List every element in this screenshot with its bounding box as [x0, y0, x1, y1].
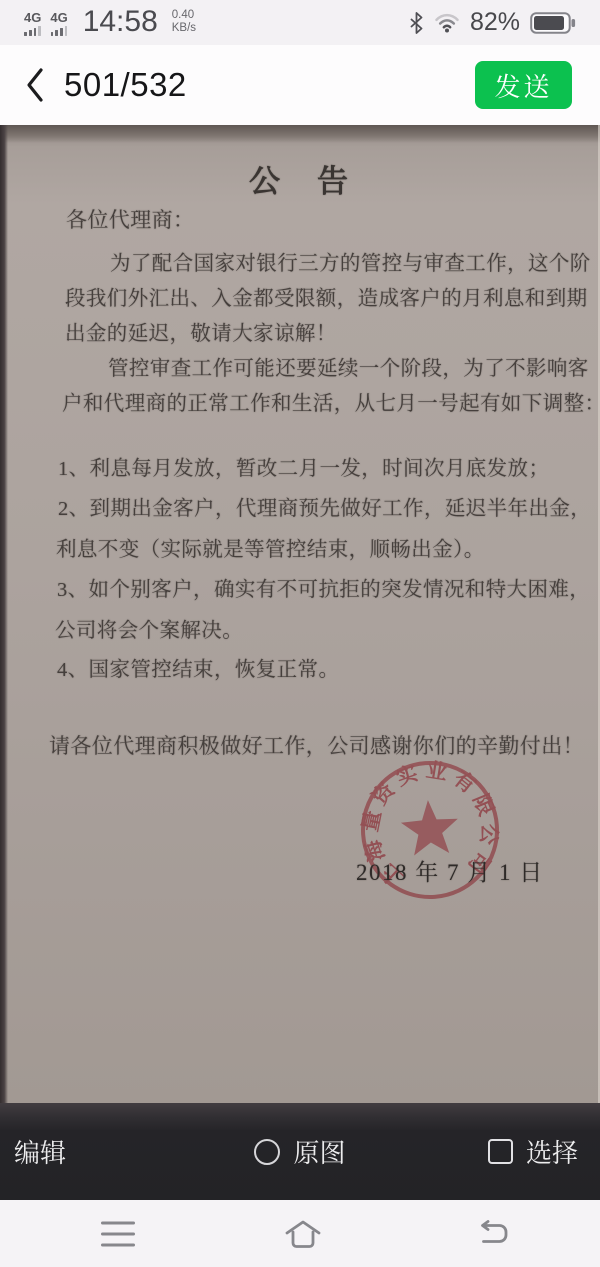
status-time: 14:58	[83, 7, 158, 38]
doc-closing: 请各位代理商积极做好工作，公司感谢你们的辛勤付出！	[49, 730, 584, 760]
back-icon[interactable]	[24, 67, 46, 103]
signal-bars-icon	[24, 26, 40, 36]
doc-item2-line1: 2、到期出金客户，代理商预先做好工作，延迟半年出金，	[58, 491, 591, 521]
doc-item1: 1、利息每月发放，暂改二月一发，时间次月底发放；	[58, 451, 549, 481]
status-right-group: 82%	[409, 10, 576, 35]
photo-left-shadow	[0, 125, 8, 1103]
speed-unit: KB/s	[172, 22, 196, 35]
doc-item2-line2: 利息不变（实际就是等管控结束，顺畅出金）。	[56, 532, 485, 562]
system-navbar	[0, 1200, 600, 1267]
doc-paragraph1-line2: 段我们外汇出、入金都受限额，造成客户的月利息和到期	[65, 281, 588, 311]
photo-document[interactable]: 公 告 各位代理商： 为了配合国家对银行三方的管控与审查工作，这个阶 段我们外汇…	[0, 125, 600, 1103]
doc-paragraph2-line2: 户和代理商的正常工作和生活，从七月一号起有如下调整：	[62, 386, 600, 416]
phone-screen: 4G 4G 14:58 0.40 KB/s 82%	[0, 0, 600, 1267]
network-speed: 0.40 KB/s	[172, 9, 196, 38]
doc-item4: 4、国家管控结束，恢复正常。	[57, 652, 339, 682]
back-nav-icon[interactable]	[474, 1220, 510, 1248]
doc-title: 公 告	[0, 156, 600, 201]
signal-bars-icon	[51, 26, 67, 36]
menu-icon[interactable]	[101, 1221, 135, 1246]
photo-counter: 501/532	[64, 66, 187, 104]
status-bar: 4G 4G 14:58 0.40 KB/s 82%	[0, 0, 600, 45]
speed-value: 0.40	[172, 9, 196, 22]
send-button[interactable]: 发送	[475, 61, 572, 109]
stamp-star-icon	[399, 798, 460, 856]
doc-paragraph2-line1: 管控审查工作可能还要延续一个阶段，为了不影响客	[108, 351, 589, 381]
home-icon[interactable]	[283, 1218, 323, 1250]
battery-percent: 82%	[470, 10, 520, 35]
app-header: 501/532 发送	[0, 45, 600, 125]
network-type-label: 4G	[50, 11, 67, 24]
doc-item3-line2: 公司将会个案解决。	[55, 613, 243, 643]
doc-item3-line1: 3、如个别客户，确实有不可抗拒的突发情况和特大困难，	[57, 572, 590, 602]
status-left-group: 4G 4G 14:58 0.40 KB/s	[24, 7, 196, 38]
doc-salutation: 各位代理商：	[66, 204, 194, 234]
original-radio-icon[interactable]	[254, 1139, 280, 1165]
photo-top-shadow	[0, 125, 600, 143]
battery-icon	[530, 12, 576, 34]
doc-paragraph1-line1: 为了配合国家对银行三方的管控与审查工作，这个阶	[110, 246, 591, 276]
bottom-toolbar: 编辑 原图 选择	[0, 1103, 600, 1200]
original-label: 原图	[293, 1133, 345, 1170]
bluetooth-icon	[409, 12, 424, 34]
network-type-label: 4G	[24, 11, 41, 24]
doc-paragraph1-line3: 出金的延迟，敬请大家谅解！	[65, 316, 337, 346]
signal-4g-icon-2: 4G	[50, 11, 67, 38]
signal-4g-icon-1: 4G	[24, 11, 41, 38]
wifi-icon	[434, 13, 460, 33]
original-image-toggle[interactable]: 原图	[0, 1133, 600, 1170]
doc-date: 2018 年 7 月 1 日	[356, 854, 544, 887]
